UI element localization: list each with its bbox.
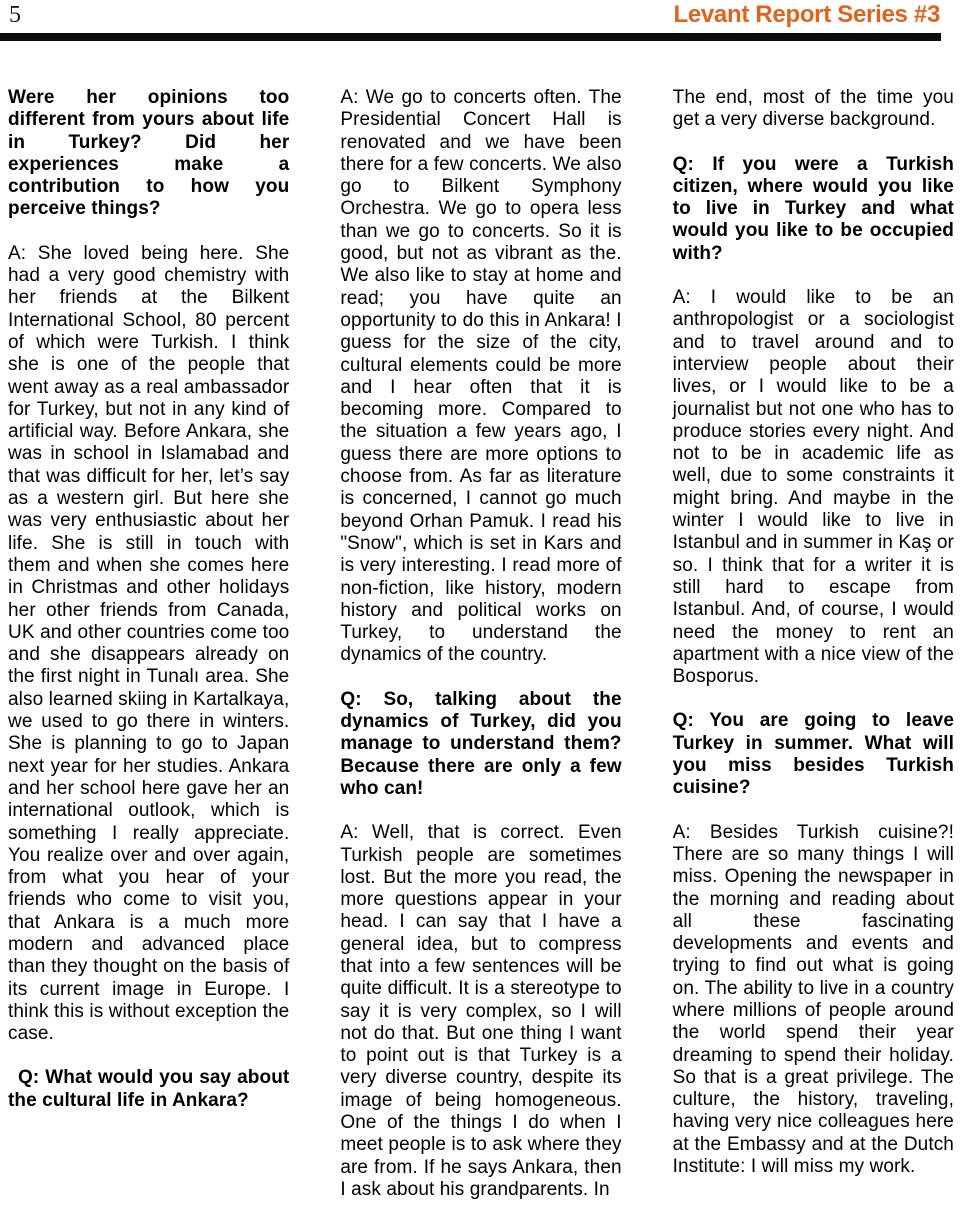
header-divider-rule — [0, 33, 941, 41]
question-paragraph: Q: If you were a Turkish citizen, where … — [673, 154, 954, 265]
text-column-1: Were her opinions too different from you… — [8, 87, 289, 1213]
answer-paragraph: A: Well, that is correct. Even Turkish p… — [340, 822, 621, 1201]
text-column-2: A: We go to concerts often. The Presiden… — [340, 87, 621, 1213]
report-title: Levant Report Series #3 — [673, 1, 940, 29]
article-body: Were her opinions too different from you… — [8, 87, 954, 1213]
question-paragraph: Q: What would you say about the cultural… — [8, 1067, 289, 1112]
question-paragraph: Were her opinions too different from you… — [8, 87, 289, 221]
page-header: 5 Levant Report Series #3 — [0, 0, 960, 42]
page-number: 5 — [9, 2, 21, 29]
answer-paragraph: A: She loved being here. She had a very … — [8, 243, 289, 1046]
question-paragraph: Q: You are going to leave Turkey in summ… — [673, 710, 954, 799]
text-column-3: The end, most of the time you get a very… — [673, 87, 954, 1213]
answer-paragraph: A: Besides Turkish cuisine?! There are s… — [673, 822, 954, 1179]
answer-paragraph: A: I would like to be an anthropologist … — [673, 287, 954, 688]
question-paragraph: Q: So, talking about the dynamics of Tur… — [340, 689, 621, 800]
answer-paragraph: A: We go to concerts often. The Presiden… — [340, 87, 621, 667]
answer-paragraph: The end, most of the time you get a very… — [673, 87, 954, 132]
